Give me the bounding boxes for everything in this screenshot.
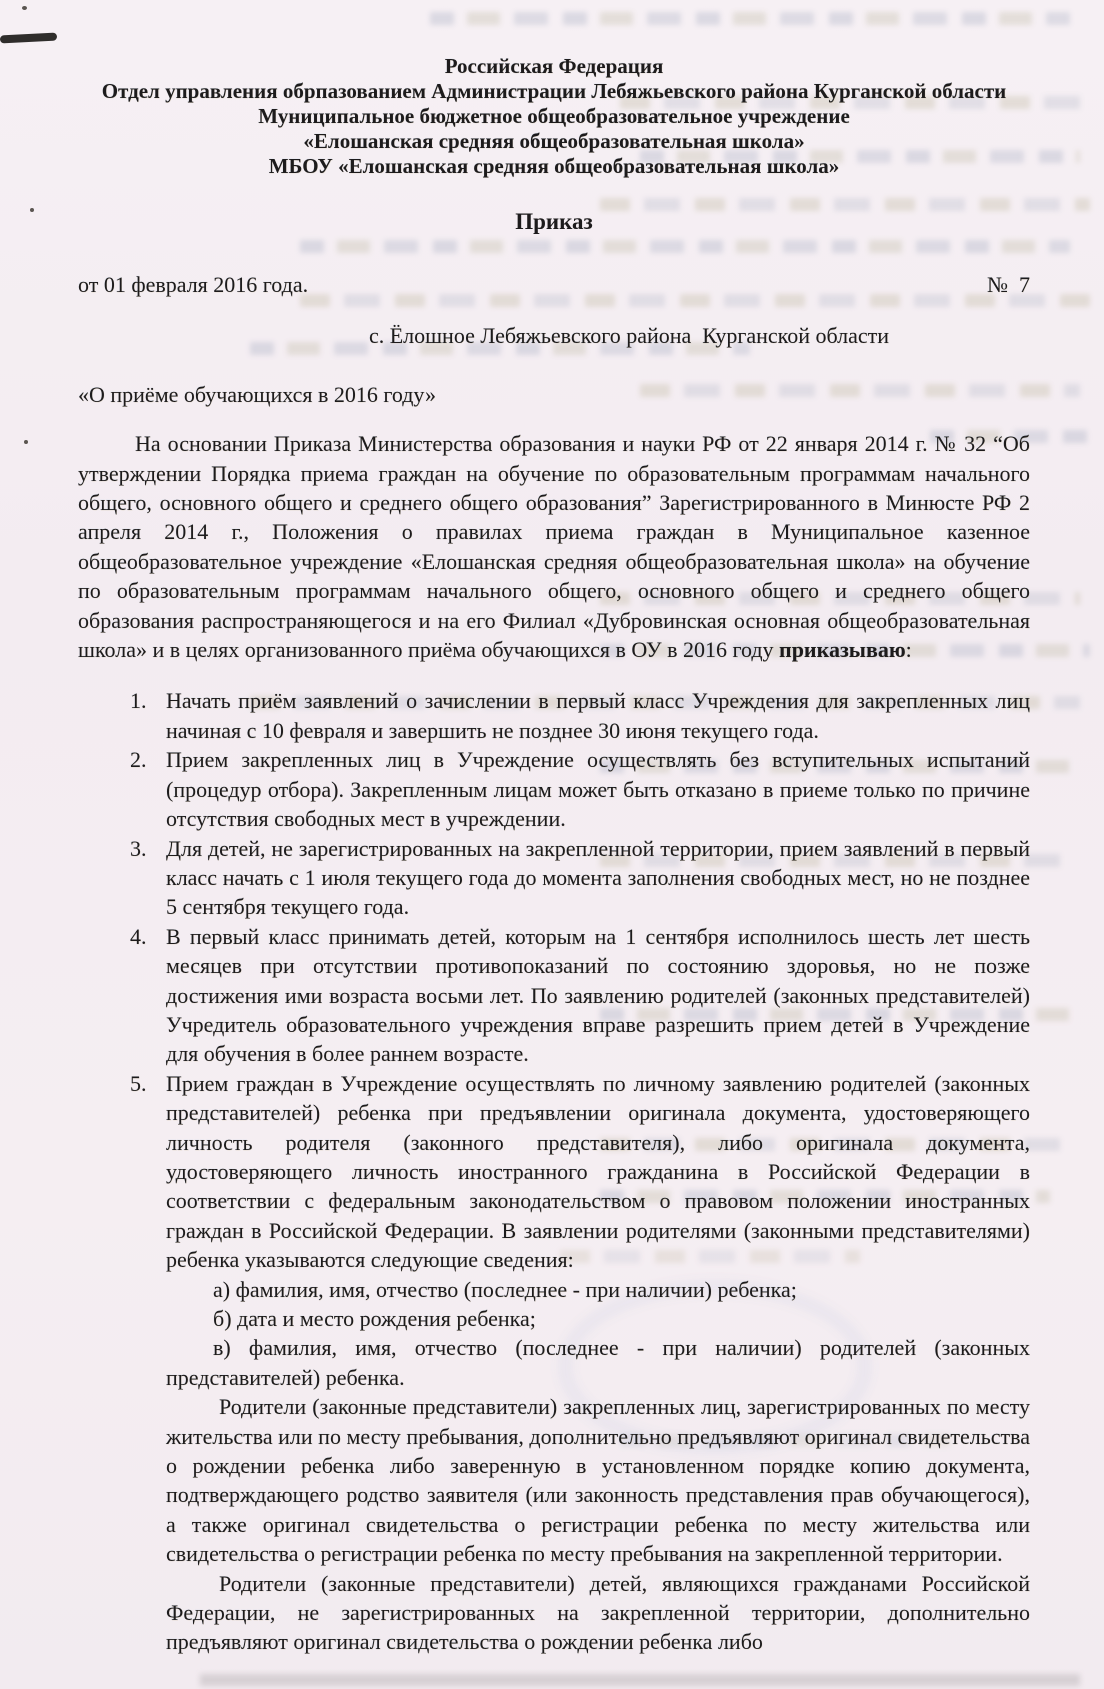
item-number: 3. <box>130 834 147 863</box>
item-number: 1. <box>130 686 147 715</box>
scanned-order-page: Российская Федерация Отдел управления об… <box>0 0 1104 1689</box>
header-country: Российская Федерация <box>78 54 1030 79</box>
order-date: от 01 февраля 2016 года. <box>78 270 308 299</box>
item-number: 5. <box>130 1069 147 1098</box>
sub-item-v: в) фамилия, имя, отчество (последнее - п… <box>166 1333 1030 1392</box>
order-item-2: 2. Прием закрепленных лиц в Учреждение о… <box>78 745 1030 833</box>
scanner-dash-mark <box>0 33 57 44</box>
header-department: Отдел управления обрпазованием Администр… <box>78 79 1030 104</box>
date-number-row: от 01 февраля 2016 года. № 7 <box>78 270 1030 299</box>
item-text: В первый класс принимать детей, которым … <box>166 922 1030 1069</box>
header-school-abbrev: МБОУ «Елошанская средняя общеобразовател… <box>78 154 1030 179</box>
sub-item-a: а) фамилия, имя, отчество (последнее - п… <box>166 1275 1030 1304</box>
item-text: Начать приём заявлений о зачислении в пе… <box>166 686 1030 745</box>
sub-item-b: б) дата и место рождения ребенка; <box>166 1304 1030 1333</box>
item-number: 2. <box>130 745 147 774</box>
scan-speck <box>24 440 28 444</box>
scan-edge-smear <box>200 1674 1080 1686</box>
item-text: Для детей, не зарегистрированных на закр… <box>166 834 1030 922</box>
intro-text: На основании Приказа Министерства образо… <box>78 431 1030 662</box>
order-items-list: 1. Начать приём заявлений о зачислении в… <box>78 686 1030 1656</box>
scan-speck <box>22 6 27 10</box>
bleed-through-line <box>430 12 1070 25</box>
intro-colon: : <box>906 637 912 662</box>
intro-bold-word: приказываю <box>779 637 906 662</box>
order-item-3: 3. Для детей, не зарегистрированных на з… <box>78 834 1030 922</box>
subject-line: «О приёме обучающихся в 2016 году» <box>78 380 1030 409</box>
scan-speck <box>30 208 34 212</box>
place-line: с. Ёлошное Лебяжьевского района Курганск… <box>153 321 1104 350</box>
order-heading: Приказ <box>78 207 1030 237</box>
order-number: № 7 <box>987 270 1030 299</box>
header-school-name: «Елошанская средняя общеобразовательная … <box>78 129 1030 154</box>
order-item-5: 5. Прием граждан в Учреждение осуществля… <box>78 1069 1030 1657</box>
order-item-1: 1. Начать приём заявлений о зачислении в… <box>78 686 1030 745</box>
document-header: Российская Федерация Отдел управления об… <box>78 54 1030 179</box>
item5-paragraph-2: Родители (законные представители) детей,… <box>166 1569 1030 1657</box>
header-institution-type: Муниципальное бюджетное общеобразователь… <box>78 104 1030 129</box>
intro-paragraph: На основании Приказа Министерства образо… <box>78 429 1030 664</box>
item-text: Прием граждан в Учреждение осуществлять … <box>166 1069 1030 1275</box>
order-item-4: 4. В первый класс принимать детей, котор… <box>78 922 1030 1069</box>
item-text: Прием закрепленных лиц в Учреждение осущ… <box>166 745 1030 833</box>
item-number: 4. <box>130 922 147 951</box>
item5-paragraph-1: Родители (законные представители) закреп… <box>166 1392 1030 1568</box>
